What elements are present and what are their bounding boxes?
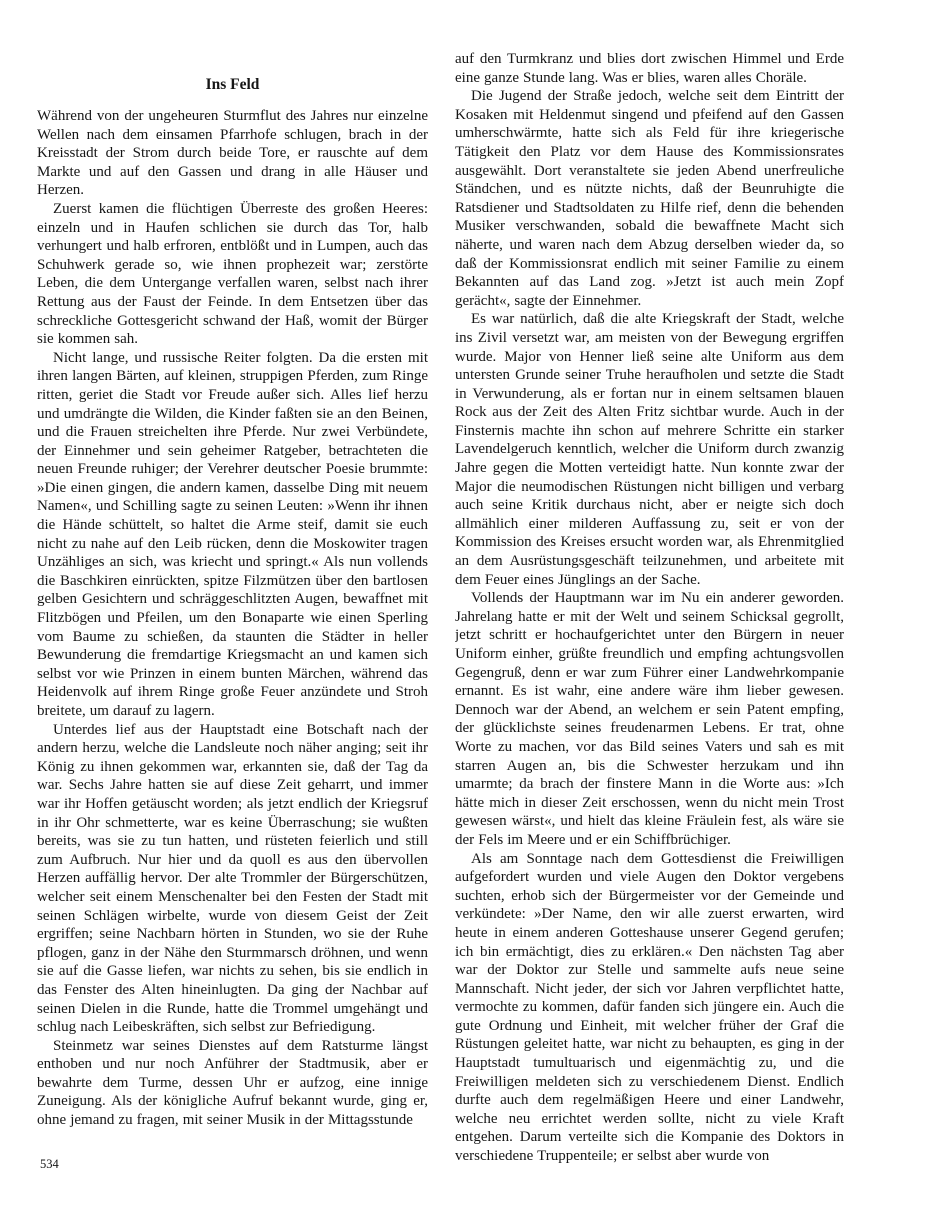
paragraph: Während von der ungeheuren Sturmflut des… [37,107,428,200]
chapter-title: Ins Feld [37,76,428,94]
paragraph: Vollends der Hauptmann war im Nu ein and… [455,589,844,849]
paragraph: auf den Turmkranz und blies dort zwische… [455,50,844,87]
paragraph: Nicht lange, und russische Reiter folgte… [37,349,428,721]
paragraph: Unterdes lief aus der Hauptstadt eine Bo… [37,721,428,1037]
left-column: Ins Feld Während von der ungeheuren Stur… [37,76,428,1166]
paragraph: Es war natürlich, daß die alte Kriegskra… [455,310,844,589]
paragraph: Zuerst kamen die flüchtigen Überreste de… [37,200,428,349]
paragraph: Steinmetz war seines Dienstes auf dem Ra… [37,1037,428,1130]
paragraph: Als am Sonntage nach dem Gottesdienst di… [455,850,844,1166]
page-number: 534 [40,1156,59,1172]
book-page: Ins Feld Während von der ungeheuren Stur… [0,0,935,1210]
right-column-text: auf den Turmkranz und blies dort zwische… [455,50,844,1168]
paragraph: Die Jugend der Straße jedoch, welche sei… [455,87,844,310]
left-column-text: Während von der ungeheuren Sturmflut des… [37,107,428,1130]
